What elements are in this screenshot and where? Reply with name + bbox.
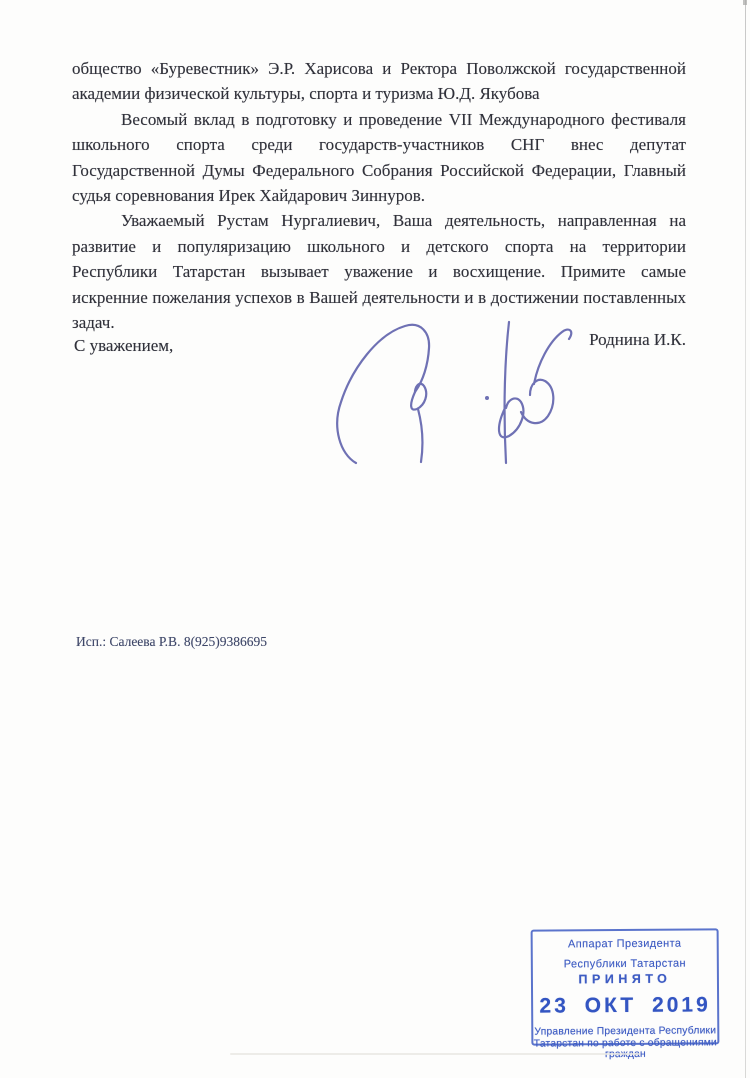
letter-line: Государственной Думы Федерального Собран…	[72, 158, 686, 183]
stamp-org-line: Республики Татарстан	[533, 957, 717, 971]
letter-line: развитие и популяризацию школьного и дет…	[72, 234, 686, 259]
letter-line: школьного спорта среди государств-участн…	[72, 132, 686, 157]
handwritten-signature	[328, 310, 588, 482]
stamp-dept-line: Татарстан по работе с обращениями	[533, 1037, 717, 1050]
letter-line: общество «Буревестник» Э.Р. Харисова и Р…	[72, 56, 686, 81]
signature-dot	[485, 396, 489, 400]
reception-stamp: Аппарат Президента Республики Татарстан …	[531, 928, 720, 1045]
closing-salutation: С уважением,	[74, 336, 173, 356]
scan-edge-artifact	[745, 0, 747, 1078]
signature-stroke	[521, 330, 571, 424]
letter-line: академии физической культуры, спорта и т…	[72, 81, 686, 106]
stamp-dept-line: Управление Президента Республики	[533, 1025, 717, 1038]
scanned-letter-page: общество «Буревестник» Э.Р. Харисова и Р…	[0, 0, 750, 1078]
letter-line: Весомый вклад в подготовку и проведение …	[72, 107, 686, 132]
letter-line: Республики Татарстан вызывает уважение и…	[72, 259, 686, 284]
stamp-date: 23 ОКТ 2019	[533, 994, 717, 1017]
stamp-org-line: Аппарат Президента	[533, 937, 717, 951]
letter-line: Уважаемый Рустам Нургалиевич, Ваша деяте…	[72, 208, 686, 233]
scan-smudge-artifact	[230, 1053, 640, 1055]
letter-line: судья соревнования Ирек Хайдарович Зинну…	[72, 183, 686, 208]
executor-note: Исп.: Салеева Р.В. 8(925)9386695	[76, 634, 267, 650]
signature-stroke	[499, 322, 523, 463]
stamp-status: ПРИНЯТО	[533, 971, 717, 986]
signature-stroke	[411, 384, 426, 462]
signer-name: Роднина И.К.	[589, 330, 686, 350]
letter-line: искренние пожелания успехов в Вашей деят…	[72, 285, 686, 310]
letter-body: общество «Буревестник» Э.Р. Харисова и Р…	[72, 56, 686, 335]
scan-corner-artifact	[743, 0, 747, 5]
